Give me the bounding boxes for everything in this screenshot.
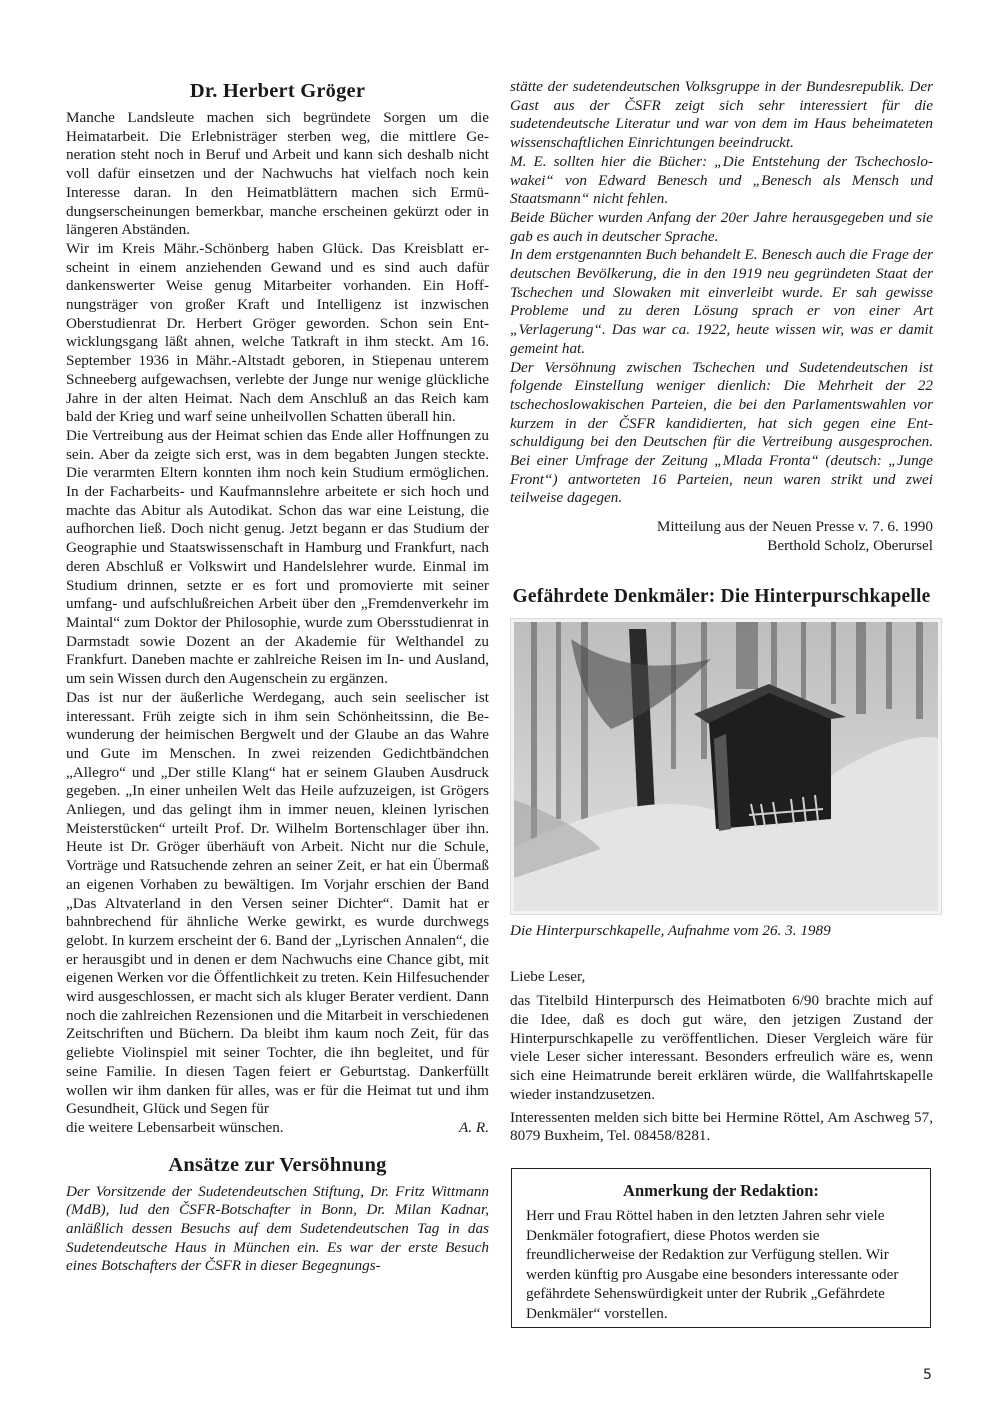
closing-line: die weitere Lebensarbeit wünschen. [66, 1119, 284, 1138]
source-line: Mitteilung aus der Neuen Presse v. 7. 6.… [510, 518, 933, 537]
article-title-versoehnung: Ansätze zur Versöhnung [66, 1154, 489, 1177]
article-paragraph: Beide Bücher wurden Anfang der 20er Jahr… [510, 209, 933, 246]
page-number: 5 [923, 1367, 932, 1383]
article-paragraph: In dem erstgenannten Buch behandelt E. B… [510, 246, 933, 358]
left-column: Dr. Herbert Gröger Manche Landsleute mac… [66, 80, 489, 1276]
article-signature-line: die weitere Lebensarbeit wünschen. A. R. [66, 1119, 489, 1138]
reader-letter: Liebe Leser, das Titelbild Hinterpursch … [510, 968, 933, 1146]
chapel-photo [510, 618, 942, 915]
article-paragraph: Der Versöhnung zwischen Tschechen und Su… [510, 359, 933, 509]
article-paragraph: Wir im Kreis Mähr.-Schönberg haben Glück… [66, 240, 489, 427]
article-paragraph: Der Vorsitzende der Sudetendeutschen Sti… [66, 1183, 489, 1277]
letter-salutation: Liebe Leser, [510, 968, 933, 987]
editor-note-text: Herr und Frau Röttel haben in den letzte… [526, 1206, 916, 1323]
article-title-denkmaeler: Gefährdete Denkmäler: Die Hinterpurschka… [510, 586, 933, 608]
photo-image [511, 619, 941, 914]
right-column: stätte der sudetendeutschen Volksgruppe … [510, 78, 933, 1146]
author-line: Berthold Scholz, Oberursel [510, 537, 933, 556]
article-paragraph: stätte der sudetendeutschen Volksgruppe … [510, 78, 933, 153]
author-initials: A. R. [459, 1119, 489, 1138]
article-paragraph: Manche Landsleute machen sich begründete… [66, 109, 489, 240]
editor-note-box: Anmerkung der Redaktion: Herr und Frau R… [511, 1168, 931, 1328]
photo-caption: Die Hinterpurschkapelle, Aufnahme vom 26… [510, 922, 933, 940]
article-paragraph: Die Vertreibung aus der Heimat schien da… [66, 427, 489, 689]
article-paragraph: Das ist nur der äußerliche Werdegang, au… [66, 689, 489, 1119]
editor-note-title: Anmerkung der Redaktion: [526, 1181, 916, 1201]
letter-contact: Interessenten melden sich bitte bei Herm… [510, 1109, 933, 1146]
article-title-groeger: Dr. Herbert Gröger [66, 80, 489, 103]
article-paragraph: M. E. sollten hier die Bücher: „Die Ents… [510, 153, 933, 209]
letter-paragraph: das Titelbild Hinterpursch des Heimatbot… [510, 992, 933, 1104]
